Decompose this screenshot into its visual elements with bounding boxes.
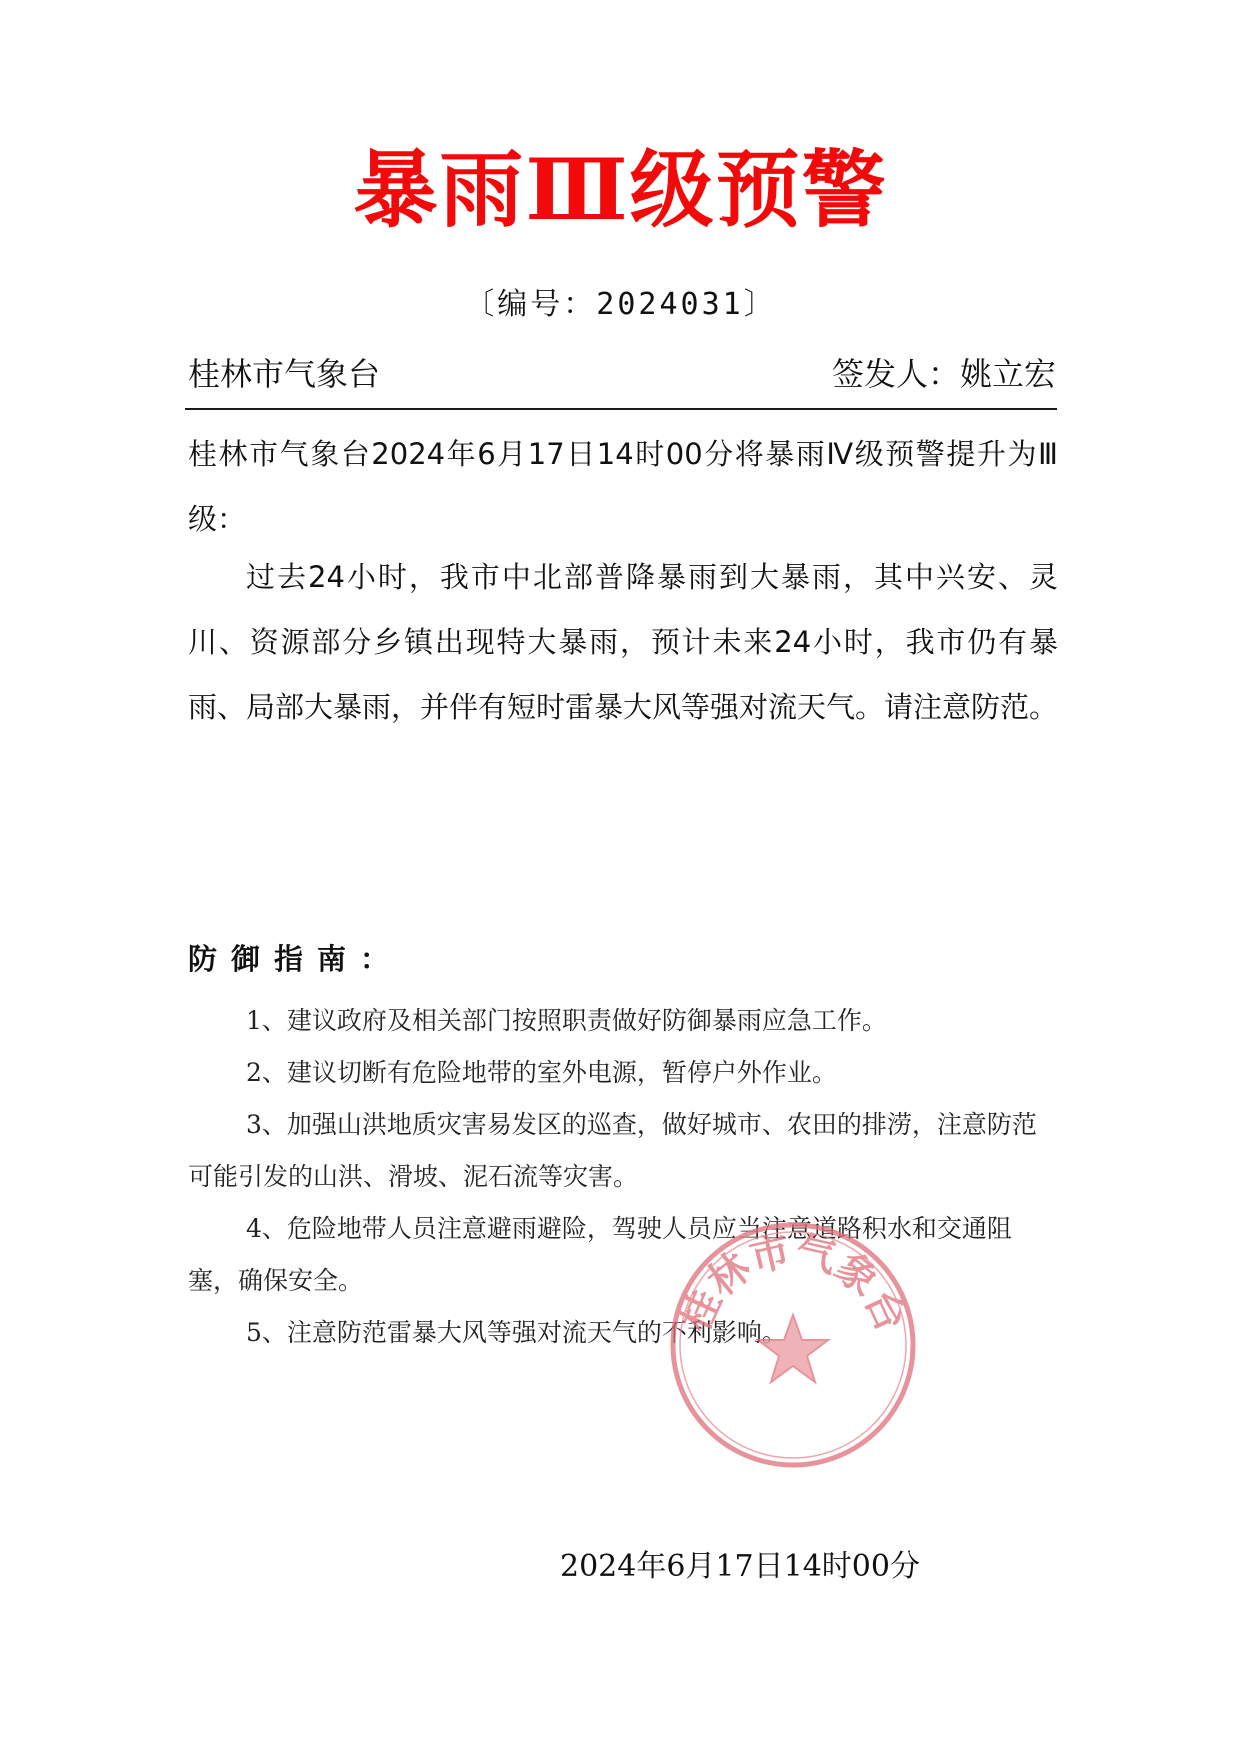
lead-paragraph: 桂林市气象台2024年6月17日14时00分将暴雨Ⅳ级预警提升为Ⅲ级： <box>188 422 1058 552</box>
document-title: 暴雨Ⅲ级预警 <box>0 140 1241 240</box>
guide-heading: 防御指南： <box>188 937 403 981</box>
guide-item: 5、注意防范雷暴大风等强对流天气的不利影响。 <box>188 1307 1058 1359</box>
signer-label: 签发人：姚立宏 <box>832 352 1056 396</box>
issue-date: 2024年6月17日14时00分 <box>560 1545 1000 1589</box>
guide-list: 1、建议政府及相关部门按照职责做好防御暴雨应急工作。 2、建议切断有危险地带的室… <box>188 995 1058 1359</box>
guide-item: 3、加强山洪地质灾害易发区的巡查，做好城市、农田的排涝，注意防范可能引发的山洪、… <box>188 1099 1058 1203</box>
guide-item: 1、建议政府及相关部门按照职责做好防御暴雨应急工作。 <box>188 995 1058 1047</box>
document-number: 〔编号：2024031〕 <box>0 285 1241 325</box>
guide-item: 2、建议切断有危险地带的室外电源，暂停户外作业。 <box>188 1047 1058 1099</box>
body-paragraph: 过去24小时，我市中北部普降暴雨到大暴雨，其中兴安、灵川、资源部分乡镇出现特大暴… <box>188 545 1058 740</box>
guide-item: 4、危险地带人员注意避雨避险，驾驶人员应当注意道路积水和交通阻塞，确保安全。 <box>188 1203 1058 1307</box>
header-divider <box>185 408 1057 410</box>
issuer-name: 桂林市气象台 <box>188 352 380 396</box>
